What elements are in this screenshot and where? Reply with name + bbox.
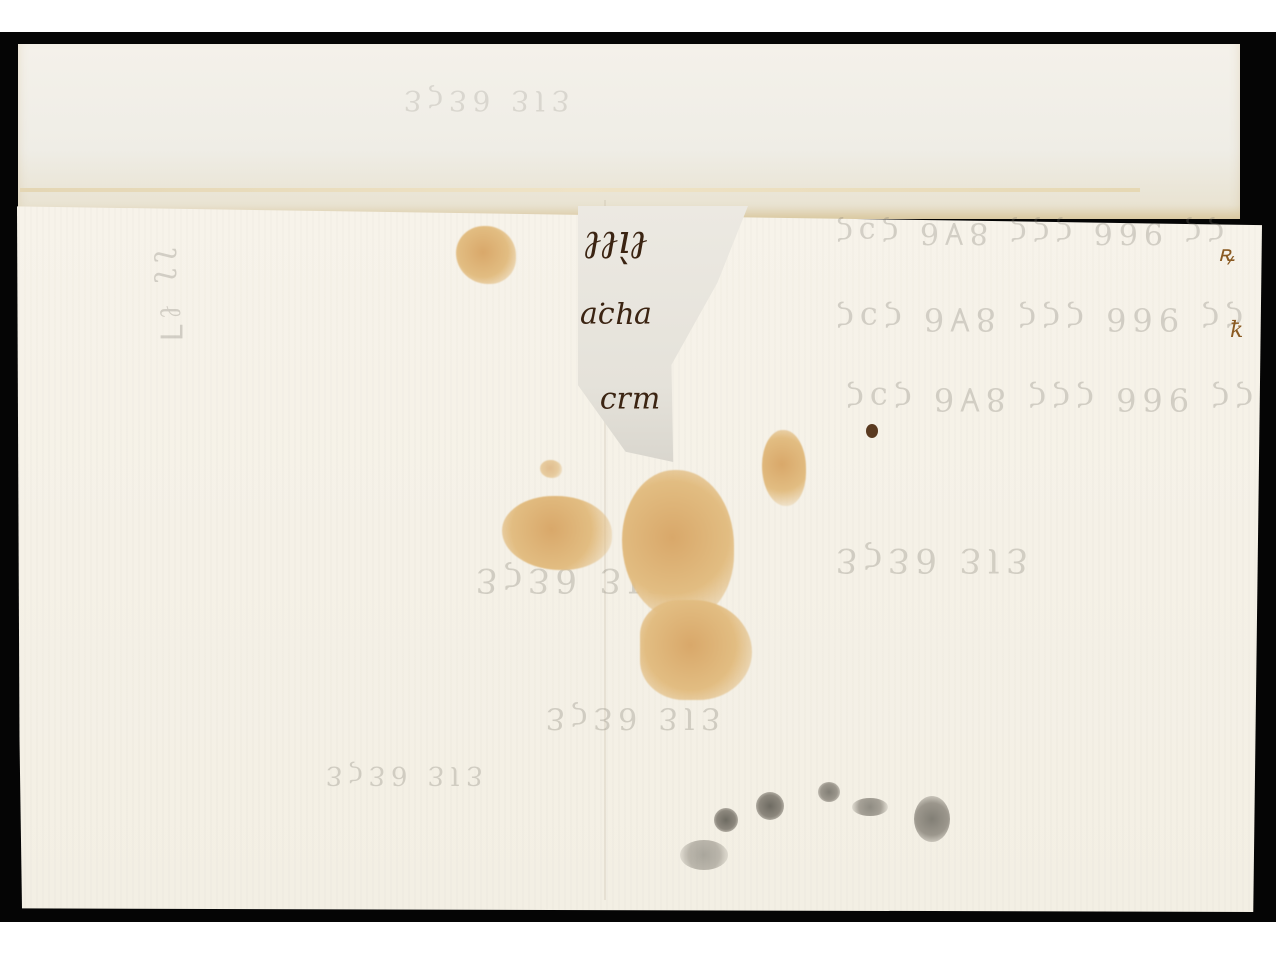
- edge-ink-mark-1: ꝶ: [1218, 238, 1235, 268]
- bleed-through-right-2: ϛϛ 966 ϛϛϛ 8∀6 ϛɔϛ: [830, 300, 1243, 338]
- bleed-through-left: ʅʅ ℓ⅂: [152, 248, 187, 348]
- letter-back-flap: ƐƖƐ 6ƐϛƐ: [18, 44, 1240, 219]
- handwriting-line-3: ɯɹɔ: [600, 385, 660, 420]
- grey-smudge-5: [914, 796, 950, 842]
- edge-ink-mark-2: ꝁ: [1230, 318, 1243, 343]
- horizontal-fold: [20, 188, 1140, 192]
- bleed-through-right-4: ƐƖƐ 6ƐϛƐ: [830, 540, 1028, 580]
- bleed-through-lower: ƐƖƐ 6ƐϛƐ: [540, 700, 720, 735]
- flap-bleed-through: ƐƖƐ 6ƐϛƐ: [398, 84, 569, 117]
- bleed-through-right: ϛϛ 966 ϛϛϛ 8∀6 ϛɔϛ: [830, 215, 1224, 250]
- seal-stain-speck: [540, 460, 562, 478]
- handwriting-line-2: ɐɥɔ̣ɐ: [580, 300, 652, 335]
- grey-smudge-4: [852, 798, 888, 816]
- bleed-through-bottom: ƐƖƐ 6ƐϛƐ: [320, 760, 482, 790]
- grey-smudge-3: [818, 782, 840, 802]
- ink-speck: [866, 424, 878, 438]
- grey-smudge-1: [714, 808, 738, 832]
- handwriting-line-1: ℓìℓℓ: [585, 222, 648, 269]
- seal-stain-lower: [640, 600, 752, 700]
- seal-stain-top-left: [456, 226, 516, 284]
- bleed-through-right-3: ϛϛ 966 ϛϛϛ 8∀6 ϛɔϛ: [840, 380, 1253, 418]
- grey-smudge-2: [756, 792, 784, 820]
- seal-stain-right: [762, 430, 806, 506]
- grey-smudge-6: [680, 840, 728, 870]
